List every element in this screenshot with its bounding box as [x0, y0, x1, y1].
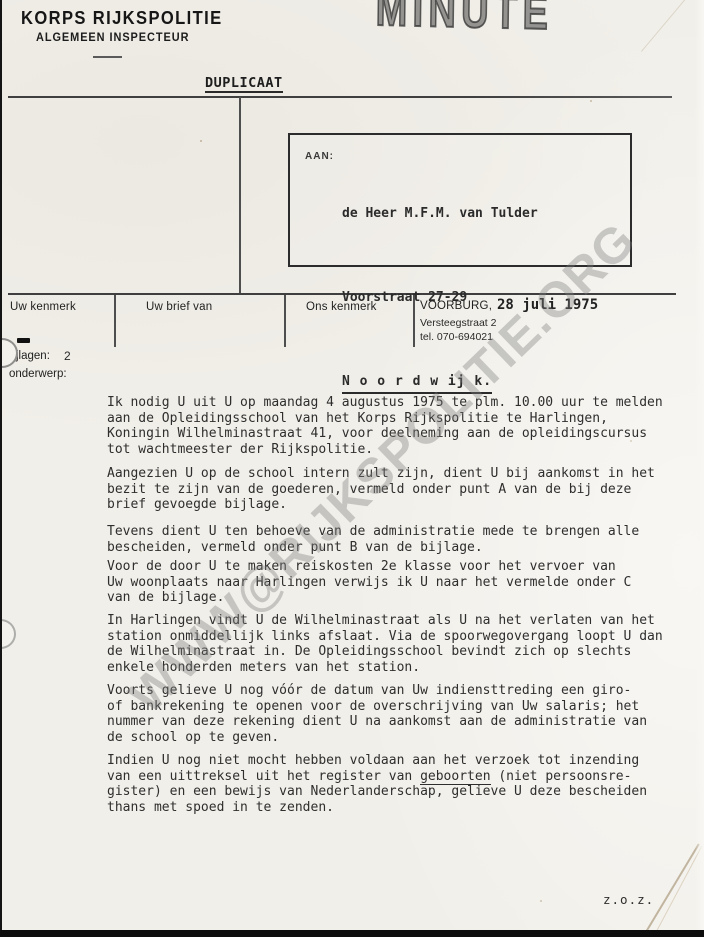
place-name: VOORBURG, [420, 300, 492, 312]
meta-divider-1 [114, 295, 116, 347]
minute-stamp-text: MINUTE [376, 0, 554, 37]
recipient-city: N o o r d w ij k. [342, 368, 538, 396]
vertical-divider-address [239, 97, 241, 294]
doc-type-text: DUPLICAAT [205, 75, 283, 93]
letterhead-dash [93, 56, 122, 58]
sender-phone: tel. 070-694021 [420, 331, 493, 343]
punch-hole-top [0, 338, 18, 368]
label-uw-brief-van: Uw brief van [146, 301, 212, 313]
org-name: KORPS RIJKSPOLITIE [21, 8, 223, 29]
meta-divider-2 [284, 295, 286, 347]
rule-below-header [8, 96, 672, 98]
recipient-box: AAN: de Heer M.F.M. van Tulder Voorstraa… [288, 133, 632, 267]
scan-right-edge [695, 0, 704, 930]
ink-mark [17, 338, 30, 343]
letter-date: 28 juli 1975 [497, 297, 598, 313]
turn-page-note: z.o.z. [603, 892, 654, 907]
punch-hole-bottom [0, 619, 16, 649]
bijlagen-count: 2 [64, 349, 71, 363]
scan-bottom-edge [0, 930, 704, 937]
recipient-name: de Heer M.F.M. van Tulder [342, 200, 538, 228]
label-bijlagen: jlagen: [16, 350, 50, 362]
doc-type-label: DUPLICAAT [205, 75, 283, 93]
scan-left-edge [0, 0, 2, 937]
recipient-label: AAN: [305, 151, 334, 162]
body-paragraph-1: Ik nodig U uit U op maandag 4 augustus 1… [107, 395, 663, 458]
paragraph-7-underlined-word: geboorten [420, 769, 490, 785]
scanned-letter-page: MINUTE KORPS RIJKSPOLITIE ALGEMEEN INSPE… [0, 0, 704, 937]
sender-street: Versteegstraat 2 [420, 317, 496, 329]
label-uw-kenmerk: Uw kenmerk [10, 301, 76, 313]
crease-top-right [641, 0, 688, 52]
org-subtitle: ALGEMEEN INSPECTEUR [36, 32, 189, 44]
body-paragraph-3: Tevens dient U ten behoeve van de admini… [107, 524, 639, 555]
paper-specks [200, 140, 202, 142]
crease-bottom-right [640, 843, 699, 937]
body-paragraph-2: Aangezien U op de school intern zult zij… [107, 466, 655, 513]
label-ons-kenmerk: Ons kenmerk [306, 301, 377, 313]
body-paragraph-4: Voor de door U te maken reiskosten 2e kl… [107, 559, 631, 606]
minute-stamp: MINUTE [376, 0, 606, 38]
body-paragraph-5: In Harlingen vindt U de Wilhelminastraat… [107, 613, 663, 676]
body-paragraph-7: Indien U nog niet mocht hebben voldaan a… [107, 753, 647, 816]
label-onderwerp: onderwerp: [9, 368, 67, 380]
body-paragraph-6: Voorts gelieve U nog vóór de datum van U… [107, 683, 647, 746]
